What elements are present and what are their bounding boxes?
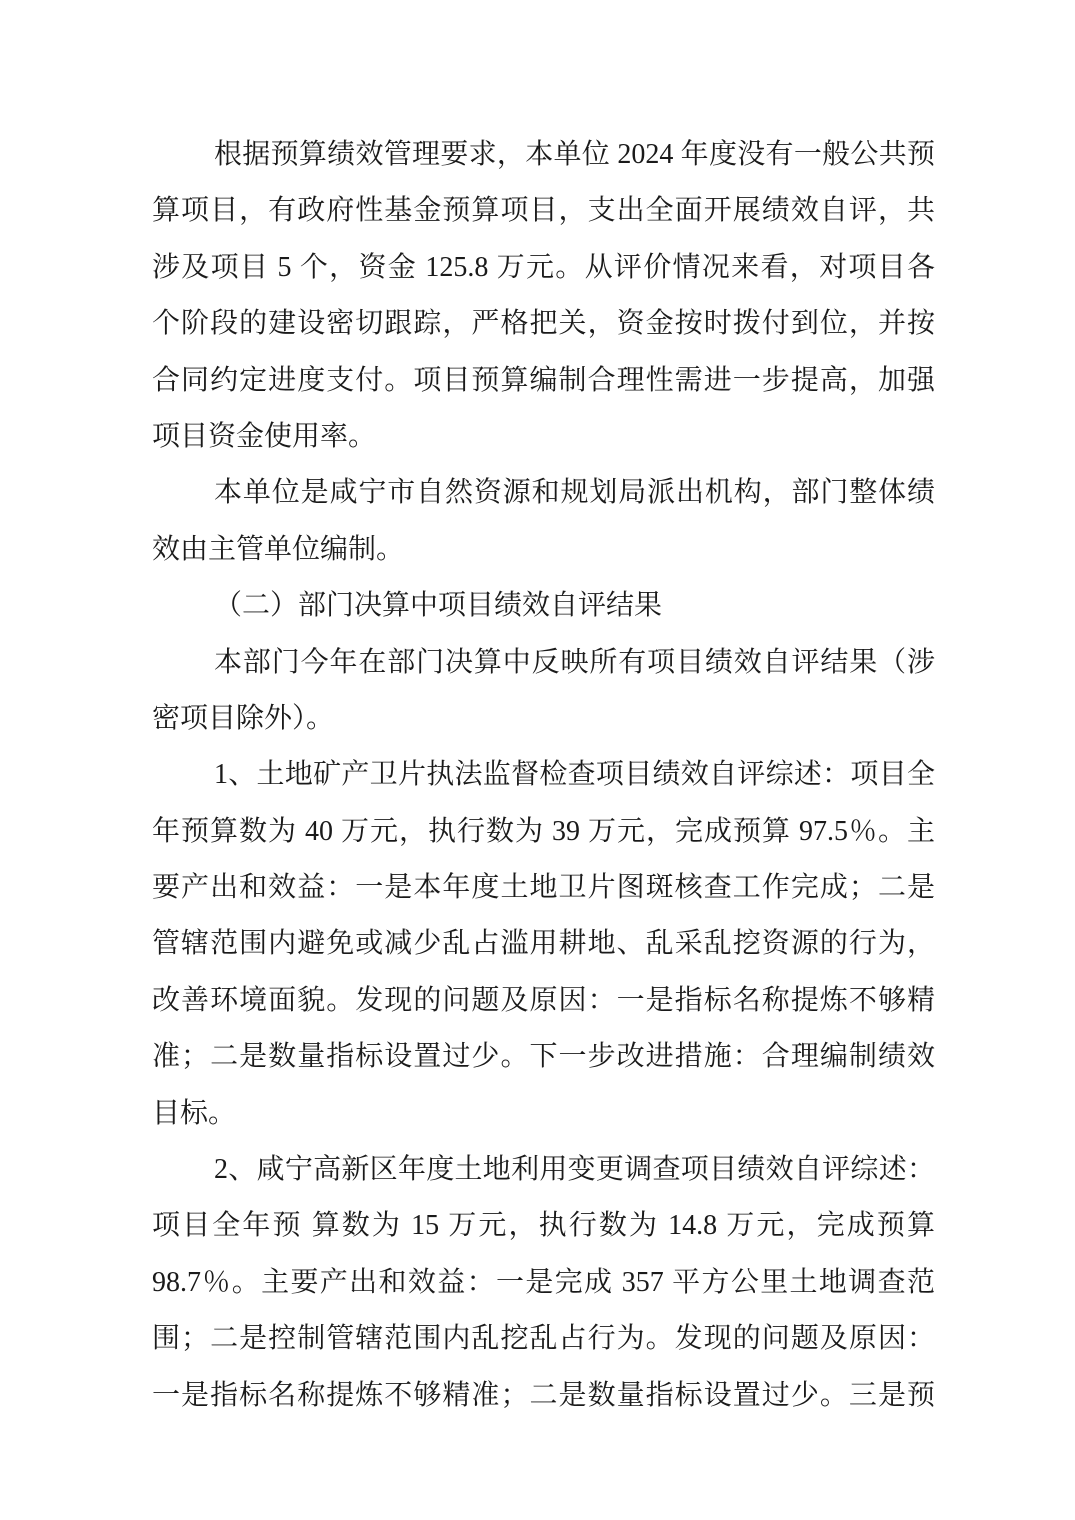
text-line: 合同约定进度支付。项目预算编制合理性需进一步提高，加强: [152, 353, 935, 409]
text-line: 效由主管单位编制。: [152, 522, 935, 578]
text-line: 1、土地矿产卫片执法监督检查项目绩效自评综述：项目全: [152, 747, 935, 803]
text-line: 密项目除外）。: [152, 691, 935, 747]
text-line: 根据预算绩效管理要求，本单位 2024 年度没有一般公共预: [152, 127, 935, 183]
text-line: 2、咸宁高新区年度土地利用变更调查项目绩效自评综述：: [152, 1142, 935, 1198]
text-line: 目标。: [152, 1086, 935, 1142]
text-line: 本单位是咸宁市自然资源和规划局派出机构，部门整体绩: [152, 465, 935, 521]
document-page: 根据预算绩效管理要求，本单位 2024 年度没有一般公共预算项目，有政府性基金预…: [0, 0, 1075, 1520]
document-body: 根据预算绩效管理要求，本单位 2024 年度没有一般公共预算项目，有政府性基金预…: [152, 127, 935, 1424]
text-line: 98.7％。主要产出和效益：一是完成 357 平方公里土地调查范: [152, 1255, 935, 1311]
text-line: 围；二是控制管辖范围内乱挖乱占行为。发现的问题及原因：: [152, 1311, 935, 1367]
text-line: 准；二是数量指标设置过少。下一步改进措施：合理编制绩效: [152, 1029, 935, 1085]
text-line: 算项目，有政府性基金预算项目，支出全面开展绩效自评，共: [152, 183, 935, 239]
text-line: 项目全年预 算数为 15 万元，执行数为 14.8 万元，完成预算: [152, 1198, 935, 1254]
text-line: 年预算数为 40 万元，执行数为 39 万元，完成预算 97.5％。主: [152, 804, 935, 860]
text-line: 管辖范围内避免或减少乱占滥用耕地、乱采乱挖资源的行为，: [152, 916, 935, 972]
text-line: 项目资金使用率。: [152, 409, 935, 465]
text-line: 要产出和效益：一是本年度土地卫片图斑核查工作完成；二是: [152, 860, 935, 916]
text-line: 一是指标名称提炼不够精准；二是数量指标设置过少。三是预: [152, 1368, 935, 1424]
text-line: 个阶段的建设密切跟踪，严格把关，资金按时拨付到位，并按: [152, 296, 935, 352]
text-line: 本部门今年在部门决算中反映所有项目绩效自评结果（涉: [152, 635, 935, 691]
text-line: 改善环境面貌。发现的问题及原因：一是指标名称提炼不够精: [152, 973, 935, 1029]
text-line: （二）部门决算中项目绩效自评结果: [152, 578, 935, 634]
text-line: 涉及项目 5 个，资金 125.8 万元。从评价情况来看，对项目各: [152, 240, 935, 296]
